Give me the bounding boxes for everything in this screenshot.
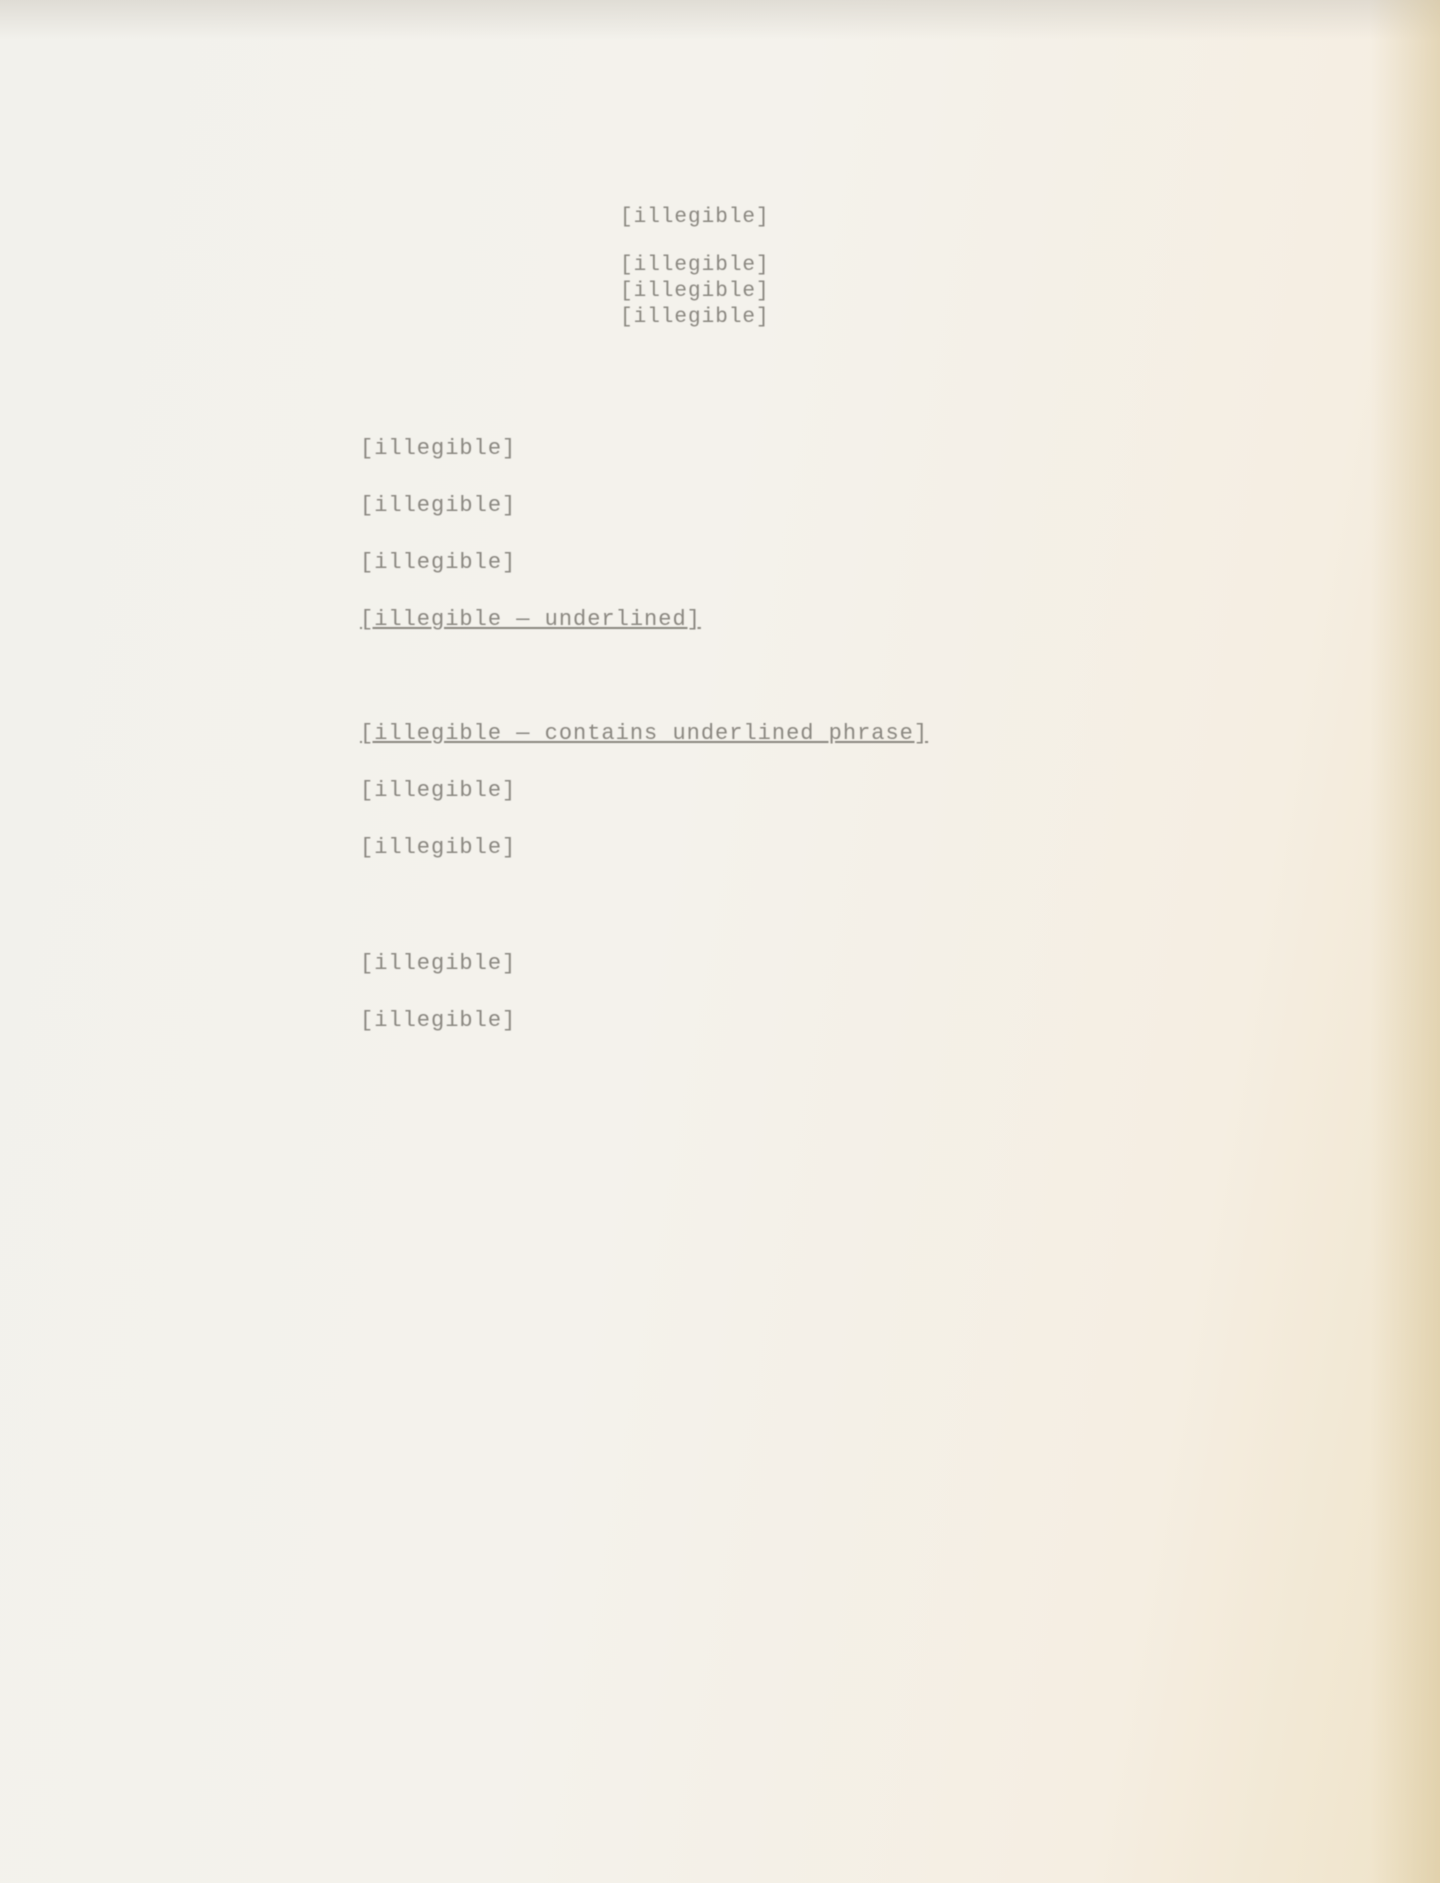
text-line: [illegible] xyxy=(360,477,1160,534)
text-line: [illegible — underlined] xyxy=(360,591,1160,648)
header-line: [illegible] xyxy=(620,305,770,331)
text-line: [illegible — contains underlined phrase] xyxy=(360,705,1160,762)
document-header: [illegible] [illegible] [illegible] [ill… xyxy=(620,205,770,331)
document-title: [illegible] xyxy=(620,205,770,231)
paragraph-3: [illegible] [illegible] xyxy=(360,935,1160,1049)
paragraph-1: [illegible] [illegible] [illegible] [ill… xyxy=(360,420,1160,648)
text-line: [illegible] xyxy=(360,534,1160,591)
paragraph-2: [illegible — contains underlined phrase]… xyxy=(360,705,1160,876)
text-line: [illegible] xyxy=(360,992,1160,1049)
text-line: [illegible] xyxy=(360,935,1160,992)
text-line: [illegible] xyxy=(360,819,1160,876)
text-line: [illegible] xyxy=(360,420,1160,477)
header-line: [illegible] xyxy=(620,253,770,279)
text-line: [illegible] xyxy=(360,762,1160,819)
header-line: [illegible] xyxy=(620,279,770,305)
scan-top-shadow xyxy=(0,0,1440,40)
paper-edge-stain xyxy=(1370,0,1440,1883)
